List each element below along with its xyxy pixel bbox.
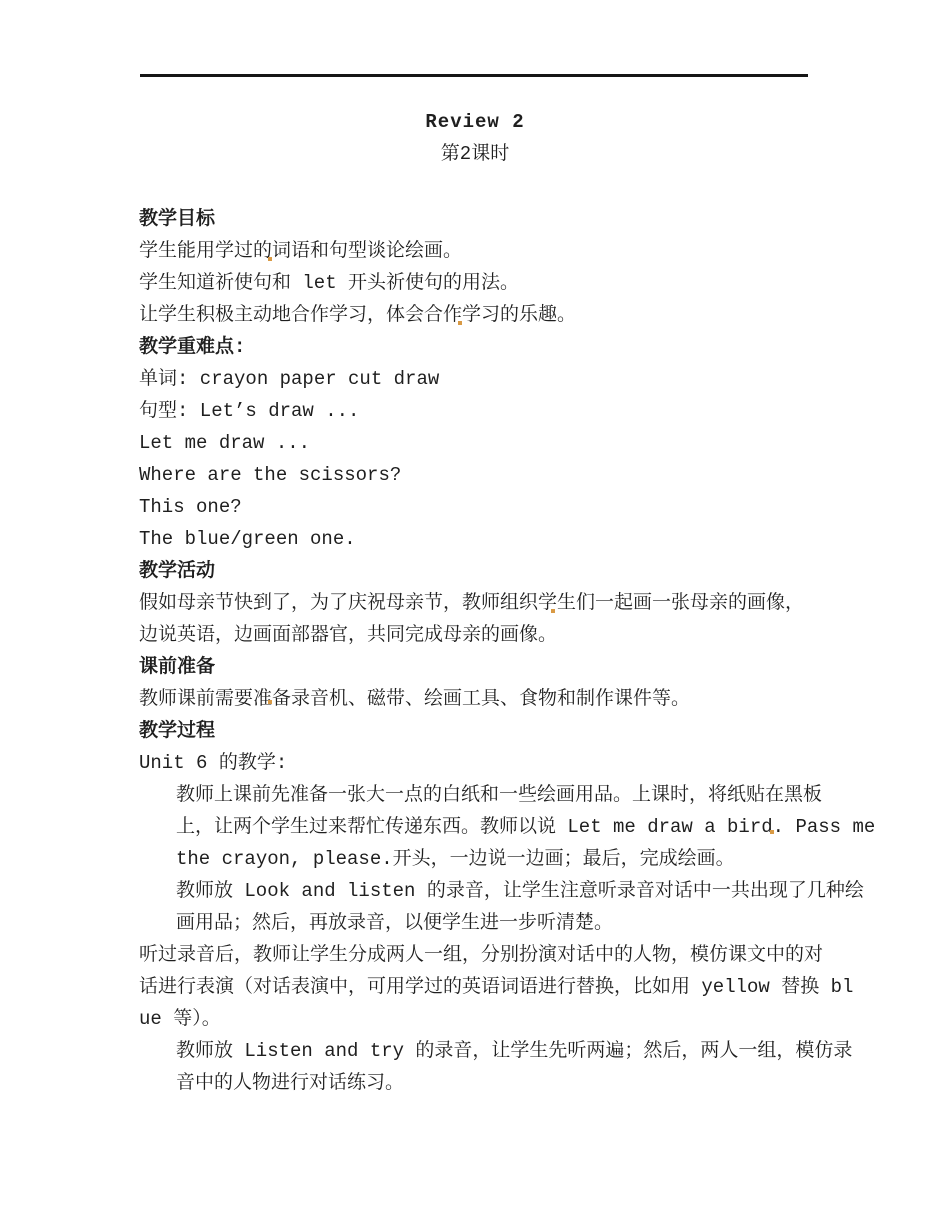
text-line: 教师上课前先准备一张大一点的白纸和一些绘画用品。上课时，将纸贴在黑板	[139, 779, 839, 811]
text-line: 话进行表演（对话表演中，可用学过的英语词语进行替换，比如用 yellow 替换 …	[139, 971, 839, 1003]
text-line: ue 等）。	[139, 1003, 839, 1035]
artifact-dot	[268, 700, 272, 704]
artifact-dot	[458, 321, 462, 325]
text-line: 单词: crayon paper cut draw	[139, 363, 839, 395]
page-title: Review 2	[140, 106, 810, 138]
artifact-dot	[268, 257, 272, 261]
text-line: 假如母亲节快到了，为了庆祝母亲节，教师组织学生们一起画一张母亲的画像，	[139, 587, 839, 619]
text-line: 学生知道祈使句和 let 开头祈使句的用法。	[139, 267, 839, 299]
text-line: 画用品；然后，再放录音，以便学生进一步听清楚。	[139, 907, 839, 939]
document-page: Review 2 第2课时 教学目标 学生能用学过的词语和句型谈论绘画。 学生知…	[0, 0, 950, 1230]
text-line: 边说英语，边画面部器官，共同完成母亲的画像。	[139, 619, 839, 651]
heading-teaching-process: 教学过程	[139, 715, 839, 747]
text-line: Unit 6 的教学:	[139, 747, 839, 779]
header-rule	[140, 74, 808, 77]
text-line: 教师课前需要准备录音机、磁带、绘画工具、食物和制作课件等。	[139, 683, 839, 715]
title-block: Review 2 第2课时	[140, 106, 810, 170]
text-line: This one?	[139, 491, 839, 523]
text-line: Where are the scissors?	[139, 459, 839, 491]
heading-teaching-activity: 教学活动	[139, 555, 839, 587]
text-line: 上，让两个学生过来帮忙传递东西。教师以说 Let me draw a bird.…	[139, 811, 839, 843]
text-line: the crayon, please.开头，一边说一边画；最后，完成绘画。	[139, 843, 839, 875]
text-line: 听过录音后，教师让学生分成两人一组，分别扮演对话中的人物，模仿课文中的对	[139, 939, 839, 971]
heading-pre-class-preparation: 课前准备	[139, 651, 839, 683]
heading-teaching-objectives: 教学目标	[139, 203, 839, 235]
text-line: The blue/green one.	[139, 523, 839, 555]
text-line: 让学生积极主动地合作学习，体会合作学习的乐趣。	[139, 299, 839, 331]
heading-key-difficult-points: 教学重难点:	[139, 331, 839, 363]
artifact-dot	[770, 830, 774, 834]
document-body: 教学目标 学生能用学过的词语和句型谈论绘画。 学生知道祈使句和 let 开头祈使…	[139, 203, 839, 1099]
text-line: 教师放 Look and listen 的录音，让学生注意听录音对话中一共出现了…	[139, 875, 839, 907]
text-line: Let me draw ...	[139, 427, 839, 459]
text-line: 句型: Let’s draw ...	[139, 395, 839, 427]
page-subtitle: 第2课时	[140, 138, 810, 170]
text-line: 教师放 Listen and try 的录音，让学生先听两遍；然后，两人一组，模…	[139, 1035, 839, 1067]
text-line: 学生能用学过的词语和句型谈论绘画。	[139, 235, 839, 267]
text-line: 音中的人物进行对话练习。	[139, 1067, 839, 1099]
artifact-dot	[551, 609, 555, 613]
